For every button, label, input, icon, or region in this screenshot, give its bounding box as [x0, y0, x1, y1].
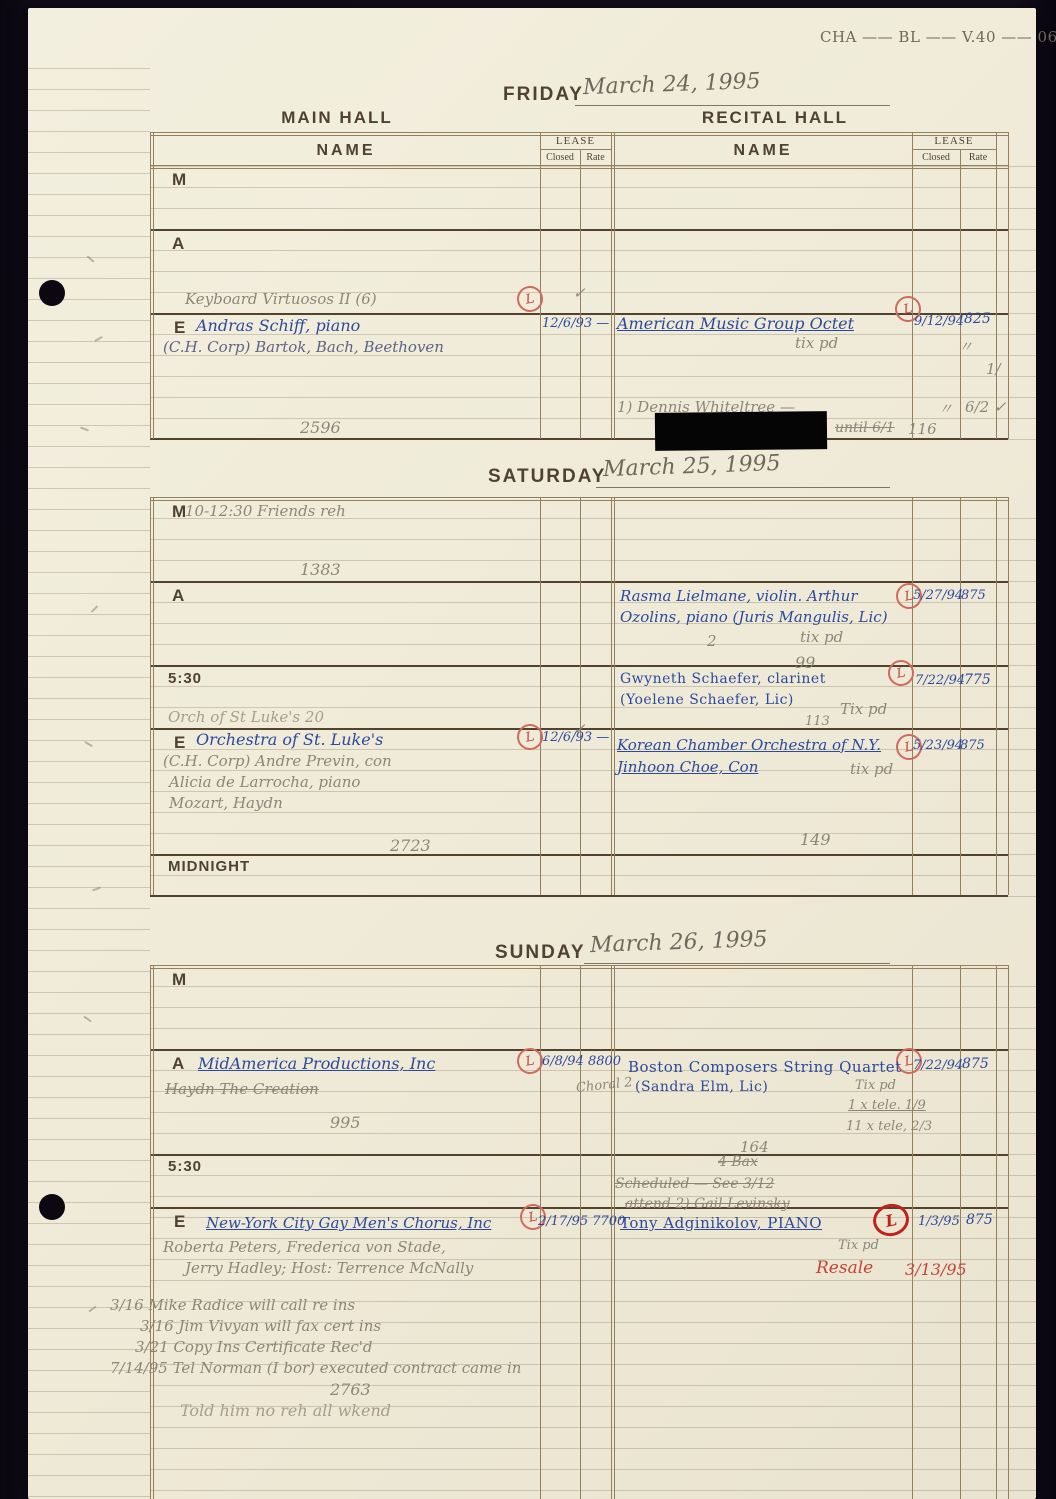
sun-main-e-presenter: New-York City Gay Men's Chorus, Inc: [206, 1214, 491, 1232]
row-label-a-saturday: A: [172, 586, 186, 606]
sun-main-e-closed: 2/17/95 7700: [538, 1214, 625, 1229]
v-f7: [912, 132, 913, 439]
sun-recital-a-tele1: 1 x tele. 1/9: [848, 1098, 926, 1113]
row-label-m-friday: M: [172, 170, 188, 190]
sun-recital-e-artist: Tony Adginikolov, PIANO: [620, 1214, 822, 1232]
friday-recital-e-rate: 825: [964, 311, 991, 327]
sat-recital-530-artist1: Gwyneth Schaefer, clarinet: [620, 671, 826, 687]
note-vivyan: 3/16 Jim Vivyan will fax cert ins: [140, 1317, 381, 1335]
sat-recital-e-closed: 5/23/94: [913, 738, 963, 753]
sat-recital-e-artist1: Korean Chamber Orchestra of N.Y.: [617, 736, 881, 754]
v-s9: [996, 497, 997, 895]
note-number: 2763: [330, 1380, 371, 1399]
sun-recital-resale-date: 3/13/95: [905, 1260, 967, 1279]
row-label-e-sunday: E: [174, 1212, 187, 1232]
note-certificate: 3/21 Copy Ins Certificate Rec'd: [135, 1338, 373, 1356]
sat-main-e-line4: Mozart, Haydn: [169, 794, 283, 812]
sat-recital-a-total: 99: [795, 653, 815, 672]
sun-top1: [150, 965, 1008, 966]
friday-headerline2: [150, 168, 1008, 169]
sun-530-line: [150, 1154, 1008, 1156]
v-f3: [540, 132, 541, 439]
sun-main-a-total: 995: [330, 1113, 361, 1132]
closed-header-right: Closed: [912, 152, 960, 163]
sat-recital-530-artist2: (Yoelene Schaefer, Lic): [620, 692, 794, 708]
friday-recital-e-closed-date: 9/12/94: [914, 314, 964, 329]
sat-main-m-total: 1383: [300, 560, 341, 579]
friday-e-line: [150, 313, 1008, 315]
sat-main-total: 2723: [390, 836, 431, 855]
paper-sheet: CHA —— BL —— V.40 —— 063 FRIDAY March 24…: [28, 8, 1036, 1499]
rate-header-left: Rate: [580, 152, 611, 163]
sun-main-e-cast2: Jerry Hadley; Host: Terrence McNally: [185, 1259, 473, 1277]
day-title-sunday: SUNDAY: [495, 942, 586, 964]
v-f6: [614, 132, 615, 439]
friday-recital-ditto1: 〃: [958, 336, 973, 357]
note-no-reh: Told him no reh all wkend: [180, 1401, 391, 1420]
sun-recital-e-tixpd: Tix pd: [838, 1238, 879, 1253]
row-label-a-friday: A: [172, 234, 186, 254]
v-d10: [1008, 965, 1009, 1499]
v-s1: [150, 497, 151, 895]
punch-hole-bottom: [39, 1194, 65, 1220]
sat-recital-a-artist1: Rasma Lielmane, violin. Arthur: [620, 587, 858, 605]
hall-header-main: MAIN HALL: [242, 108, 432, 128]
sat-recital-a-rate: 875: [961, 588, 986, 603]
v-f10: [1008, 132, 1009, 439]
sun-recital-a-rate: 875: [962, 1056, 989, 1072]
punch-hole-top: [39, 280, 65, 306]
row-label-e-friday: E: [174, 318, 187, 338]
friday-top-line: [150, 132, 1008, 133]
lease-left-divider: [540, 149, 611, 150]
note-contract: 7/14/95 Tel Norman (I bor) executed cont…: [110, 1359, 521, 1377]
note-radice: 3/16 Mike Radice will call re ins: [110, 1296, 355, 1314]
friday-recital-count: 116: [908, 420, 937, 438]
v-f2: [153, 132, 154, 439]
friday-recital-until-note: until 6/1: [835, 420, 895, 436]
lease-header-left: LEASE: [540, 135, 611, 147]
redaction-box: [655, 411, 827, 451]
friday-recital-e-artist: American Music Group Octet: [617, 314, 854, 333]
sat-recital-530-tixpd: Tix pd: [840, 700, 887, 718]
friday-main-attendance: 2596: [300, 418, 341, 437]
day-date-sunday: March 26, 1995: [590, 927, 768, 958]
row-label-midnight: MIDNIGHT: [168, 858, 250, 875]
sun-recital-e-rate: 875: [966, 1212, 993, 1228]
saturday-date-underline: [596, 487, 890, 488]
v-s3: [540, 497, 541, 895]
lease-header-right: LEASE: [912, 135, 996, 147]
sat-recital-a-count2: 2: [707, 632, 717, 650]
sat-bottom-line: [150, 895, 1008, 897]
friday-recital-note-62: 6/2 ✓: [965, 398, 1006, 416]
friday-main-checkmark: ✓: [573, 284, 586, 302]
row-label-530-sunday: 5:30: [168, 1158, 202, 1175]
col-header-name-left: NAME: [246, 142, 446, 160]
sun-recital-a-closed: 7/22/94: [913, 1058, 963, 1073]
sat-main-e-closed: 12/6/93 —: [542, 730, 609, 745]
friday-bottom-line: [150, 438, 1008, 440]
hall-header-recital: RECITAL HALL: [675, 108, 875, 128]
v-s8: [960, 497, 961, 895]
row-label-e-saturday: E: [174, 733, 187, 753]
sat-recital-total: 149: [800, 830, 831, 849]
sat-recital-530-rate: 775: [964, 672, 991, 688]
sun-recital-a-artist2: (Sandra Elm, Lic): [635, 1079, 768, 1095]
v-f1: [150, 132, 151, 439]
sat-recital-530-count: 113: [805, 714, 830, 729]
row-label-a-sunday: A: [172, 1054, 186, 1074]
v-d9: [996, 965, 997, 1499]
v-d5: [611, 965, 612, 1499]
v-f5: [611, 132, 612, 439]
v-d7: [912, 965, 913, 1499]
row-label-530-saturday: 5:30: [168, 670, 202, 687]
sat-recital-a-tixpd: tix pd: [800, 628, 843, 646]
friday-recital-ditto2: 〃: [938, 398, 953, 419]
friday-main-e-artist: Andras Schiff, piano: [196, 316, 360, 335]
v-s7: [912, 497, 913, 895]
v-d8: [960, 965, 961, 1499]
sun-main-e-cast1: Roberta Peters, Frederica von Stade,: [163, 1238, 446, 1256]
scanned-ledger-page: CHA —— BL —— V.40 —— 063 FRIDAY March 24…: [0, 0, 1056, 1499]
v-f8: [960, 149, 961, 439]
sun-main-a-presenter: MidAmerica Productions, Inc: [198, 1054, 435, 1073]
v-s10: [1008, 497, 1009, 895]
day-date-friday: March 24, 1995: [583, 69, 761, 100]
sat-main-m-note: 10-12:30 Friends reh: [185, 502, 346, 520]
sun-a-line: [150, 1049, 1008, 1051]
v-s6: [614, 497, 615, 895]
rate-header-right: Rate: [960, 152, 996, 163]
v-d1: [150, 965, 151, 1499]
sat-recital-a-closed: 5/27/94: [913, 588, 963, 603]
sat-main-e-line2: (C.H. Corp) Andre Previn, con: [163, 752, 392, 770]
v-s2: [153, 497, 154, 895]
archive-stamp: CHA —— BL —— V.40 —— 063: [820, 28, 1056, 46]
sat-top1: [150, 497, 1008, 498]
sat-midnight-line: [150, 854, 1008, 856]
sun-recital-a-artist1: Boston Composers String Quartet: [628, 1058, 902, 1076]
sat-530-line: [150, 665, 1008, 667]
sat-recital-e-rate: 875: [960, 738, 985, 753]
col-header-name-right: NAME: [663, 142, 863, 160]
v-s4: [580, 497, 581, 895]
sun-main-a-program: Haydn The Creation: [165, 1080, 319, 1098]
day-title-friday: FRIDAY: [503, 84, 584, 106]
friday-a-line: [150, 229, 1008, 231]
friday-date-underline: [575, 105, 890, 106]
day-title-saturday: SATURDAY: [488, 466, 606, 488]
v-d3: [540, 965, 541, 1499]
sun-recital-a-tele2: 11 x tele, 2/3: [846, 1119, 932, 1134]
sun-recital-530-note3: attend 2) Gail Levinsky: [625, 1196, 790, 1212]
v-d4: [580, 965, 581, 1499]
row-label-m-sunday: M: [172, 970, 188, 990]
closed-header-left: Closed: [540, 152, 580, 163]
sat-main-e-artist: Orchestra of St. Luke's: [196, 730, 383, 749]
v-d6: [614, 965, 615, 1499]
sun-recital-resale-note: Resale: [816, 1258, 873, 1278]
sat-recital-e-artist2: Jinhoon Choe, Con: [617, 758, 758, 776]
sun-top2: [150, 968, 1008, 969]
sun-recital-530-note1: 4 Bax: [718, 1154, 758, 1170]
sat-main-pre-e-note: Orch of St Luke's 20: [168, 708, 324, 726]
friday-main-booking-note: Keyboard Virtuosos II (6): [185, 290, 377, 308]
friday-recital-one-mark: 1/: [986, 360, 1001, 378]
friday-recital-tixpd-note: tix pd: [795, 334, 838, 352]
sun-recital-a-tixpd: Tix pd: [855, 1078, 896, 1093]
margin-ruling: [28, 48, 150, 1499]
sun-recital-530-note2: Scheduled — See 3/12: [615, 1176, 774, 1192]
friday-headerline: [150, 165, 1008, 166]
sat-main-e-line3: Alicia de Larrocha, piano: [169, 773, 360, 791]
sat-recital-530-closed: 7/22/94: [915, 673, 965, 688]
v-s5: [611, 497, 612, 895]
friday-main-e-program: (C.H. Corp) Bartok, Bach, Beethoven: [163, 338, 444, 356]
sat-a-line: [150, 581, 1008, 583]
sunday-date-underline: [584, 963, 890, 964]
friday-main-e-closed-date: 12/6/93 —: [542, 316, 609, 331]
sat-recital-e-tixpd: tix pd: [850, 760, 893, 778]
saturday-ruling: [150, 498, 1036, 897]
lease-right-divider: [912, 149, 996, 150]
day-date-saturday: March 25, 1995: [603, 451, 781, 482]
sun-recital-e-closed: 1/3/95: [918, 1214, 960, 1229]
v-f9: [996, 132, 997, 439]
sun-main-a-closed: 6/8/94 8800: [542, 1054, 621, 1069]
sat-recital-a-artist2: Ozolins, piano (Juris Mangulis, Lic): [620, 608, 888, 626]
sat-top2: [150, 500, 1008, 501]
v-d2: [153, 965, 154, 1499]
